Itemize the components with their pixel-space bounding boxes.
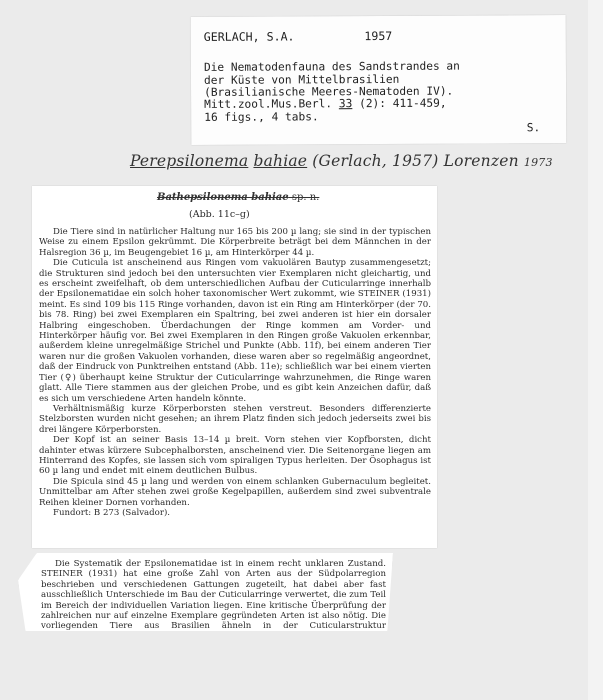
- systematics-clipping: Die Systematik der Epsilonematidae ist i…: [18, 553, 393, 631]
- systematics-text: Die Systematik der Epsilonematidae ist i…: [41, 559, 386, 631]
- handwritten-species: bahiae: [253, 152, 307, 170]
- species-description-clipping: Bathepsilonema bahiae sp. n. (Abb. 11c–g…: [32, 186, 437, 548]
- handwritten-authority: (Gerlach, 1957) Lorenzen: [307, 152, 519, 170]
- systematics-body: Die Systematik der Epsilonematidae ist i…: [41, 559, 386, 642]
- citation-figures: 16 figs., 4 tabs.: [204, 110, 447, 124]
- card-author: GERLACH, S.A.: [204, 29, 295, 43]
- paragraph-setae: Verhältnismäßig kurze Körperborsten steh…: [39, 404, 431, 435]
- species-heading-suffix: sp. n.: [289, 192, 320, 203]
- handwritten-year: 1973: [524, 156, 553, 169]
- scan-edge: [588, 0, 603, 700]
- card-header: GERLACH, S.A. 1957: [204, 30, 393, 43]
- citation-journal: Mitt.zool.Mus.Berl.: [204, 97, 339, 111]
- handwritten-annotation: Perepsilonema bahiae (Gerlach, 1957) Lor…: [130, 152, 590, 178]
- species-heading: Bathepsilonema bahiae sp. n.: [157, 193, 319, 203]
- card-citation: Mitt.zool.Mus.Berl. 33 (2): 411-459, 16 …: [204, 98, 447, 124]
- paragraph-spicula: Die Spicula sind 45 µ lang und werden vo…: [39, 477, 431, 508]
- figure-reference: (Abb. 11c–g): [189, 210, 250, 220]
- index-card: GERLACH, S.A. 1957 Die Nematodenfauna de…: [191, 15, 567, 145]
- paragraph-locality: Fundort: B 273 (Salvador).: [39, 508, 431, 518]
- handwritten-genus: Perepsilonema: [130, 152, 248, 170]
- paragraph-body-size: Die Tiere sind in natürlicher Haltung nu…: [39, 227, 431, 258]
- citation-volume: 33: [339, 97, 353, 110]
- paragraph-head: Der Kopf ist an seiner Basis 13–14 µ bre…: [39, 435, 431, 477]
- card-title: Die Nematodenfauna des Sandstrandes an d…: [204, 61, 460, 100]
- paragraph-cuticula: Die Cuticula ist anscheinend aus Ringen …: [39, 258, 431, 404]
- card-initial: S.: [527, 122, 541, 135]
- card-year: 1957: [364, 29, 392, 43]
- citation-pages: (2): 411-459,: [352, 97, 446, 110]
- systematics-paragraph: Die Systematik der Epsilonematidae ist i…: [41, 559, 386, 642]
- species-heading-taxon: Bathepsilonema bahiae: [157, 192, 289, 203]
- description-body: Die Tiere sind in natürlicher Haltung nu…: [39, 227, 431, 518]
